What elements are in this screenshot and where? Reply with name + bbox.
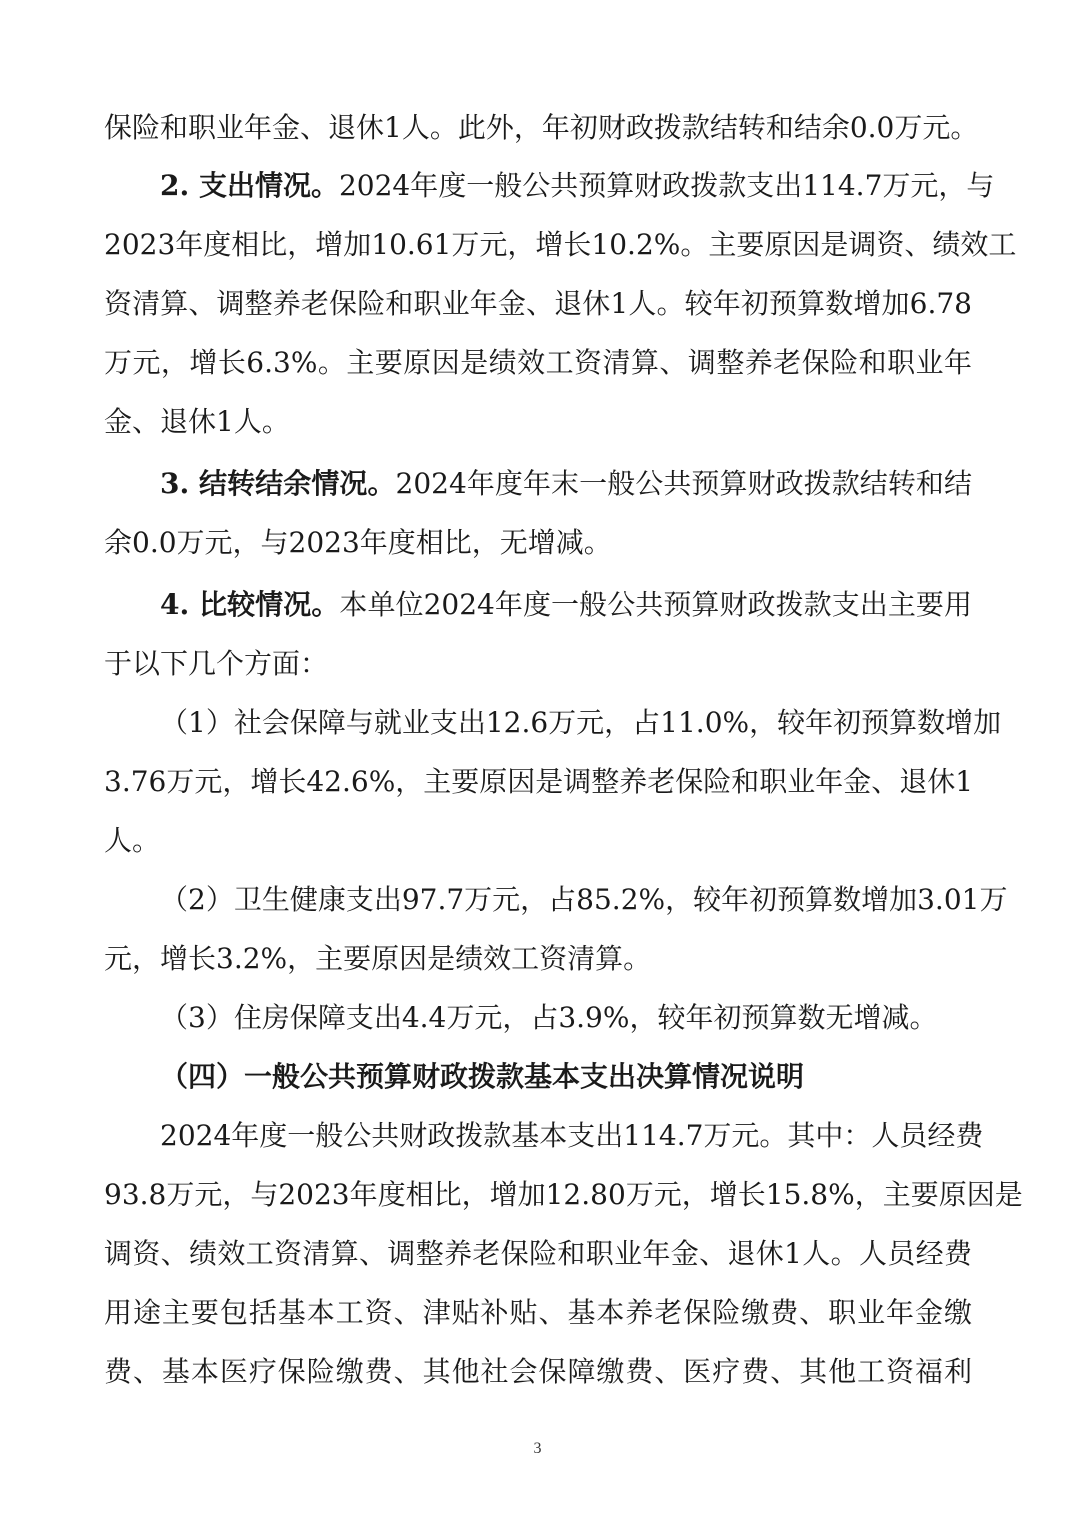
list-item-health: （2）卫生健康支出97.7万元，占85.2%，较年初预算数增加3.01万 <box>160 880 972 920</box>
section-3-carryover-heading-line: 3. 结转结余情况。2024年度年末一般公共预算财政拨款结转和结 <box>160 464 972 504</box>
paragraph-line: 元，增长3.2%，主要原因是绩效工资清算。 <box>104 939 972 979</box>
paragraph-line: 于以下几个方面： <box>104 644 972 684</box>
section-4-comparison-heading-line: 4. 比较情况。本单位2024年度一般公共预算财政拨款支出主要用 <box>160 585 972 625</box>
section-lead: 4. 比较情况。 <box>160 588 339 621</box>
section-2-expenditure-heading-line: 2. 支出情况。2024年度一般公共预算财政拨款支出114.7万元，与 <box>160 166 972 206</box>
paragraph-line: 用途主要包括基本工资、津贴补贴、基本养老保险缴费、职业年金缴 <box>104 1293 972 1333</box>
paragraph-line: 金、退休1人。 <box>104 402 972 442</box>
list-item-housing: （3）住房保障支出4.4万元，占3.9%，较年初预算数无增减。 <box>160 998 972 1038</box>
section-text: 本单位2024年度一般公共预算财政拨款支出主要用 <box>339 588 972 621</box>
paragraph-line: 3.76万元，增长42.6%，主要原因是调整养老保险和职业年金、退休1 <box>104 762 972 802</box>
section-lead: 3. 结转结余情况。 <box>160 467 396 500</box>
paragraph-line: 93.8万元，与2023年度相比，增加12.80万元，增长15.8%，主要原因是 <box>104 1175 972 1215</box>
list-item-social-security: （1）社会保障与就业支出12.6万元，占11.0%，较年初预算数增加 <box>160 703 972 743</box>
paragraph-line: 2024年度一般公共财政拨款基本支出114.7万元。其中：人员经费 <box>160 1116 972 1156</box>
paragraph-line: 万元，增长6.3%。主要原因是绩效工资清算、调整养老保险和职业年 <box>104 343 972 383</box>
section-text: 2024年度年末一般公共预算财政拨款结转和结 <box>396 467 972 500</box>
paragraph-line: 费、基本医疗保险缴费、其他社会保障缴费、医疗费、其他工资福利 <box>104 1352 972 1392</box>
section-text: 2024年度一般公共预算财政拨款支出114.7万元，与 <box>339 169 994 202</box>
section-lead: 2. 支出情况。 <box>160 169 339 202</box>
paragraph-line: 人。 <box>104 821 972 861</box>
page-number: 3 <box>0 1440 1075 1458</box>
paragraph-line: 余0.0万元，与2023年度相比，无增减。 <box>104 523 972 563</box>
paragraph-line: 调资、绩效工资清算、调整养老保险和职业年金、退休1人。人员经费 <box>104 1234 972 1274</box>
paragraph-line: 保险和职业年金、退休1人。此外，年初财政拨款结转和结余0.0万元。 <box>104 108 972 148</box>
document-page: 保险和职业年金、退休1人。此外，年初财政拨款结转和结余0.0万元。 2. 支出情… <box>0 0 1075 1520</box>
section-heading-basic-expenditure: （四）一般公共预算财政拨款基本支出决算情况说明 <box>160 1057 804 1097</box>
paragraph-line: 2023年度相比，增加10.61万元，增长10.2%。主要原因是调资、绩效工 <box>104 225 972 265</box>
paragraph-line: 资清算、调整养老保险和职业年金、退休1人。较年初预算数增加6.78 <box>104 284 972 324</box>
